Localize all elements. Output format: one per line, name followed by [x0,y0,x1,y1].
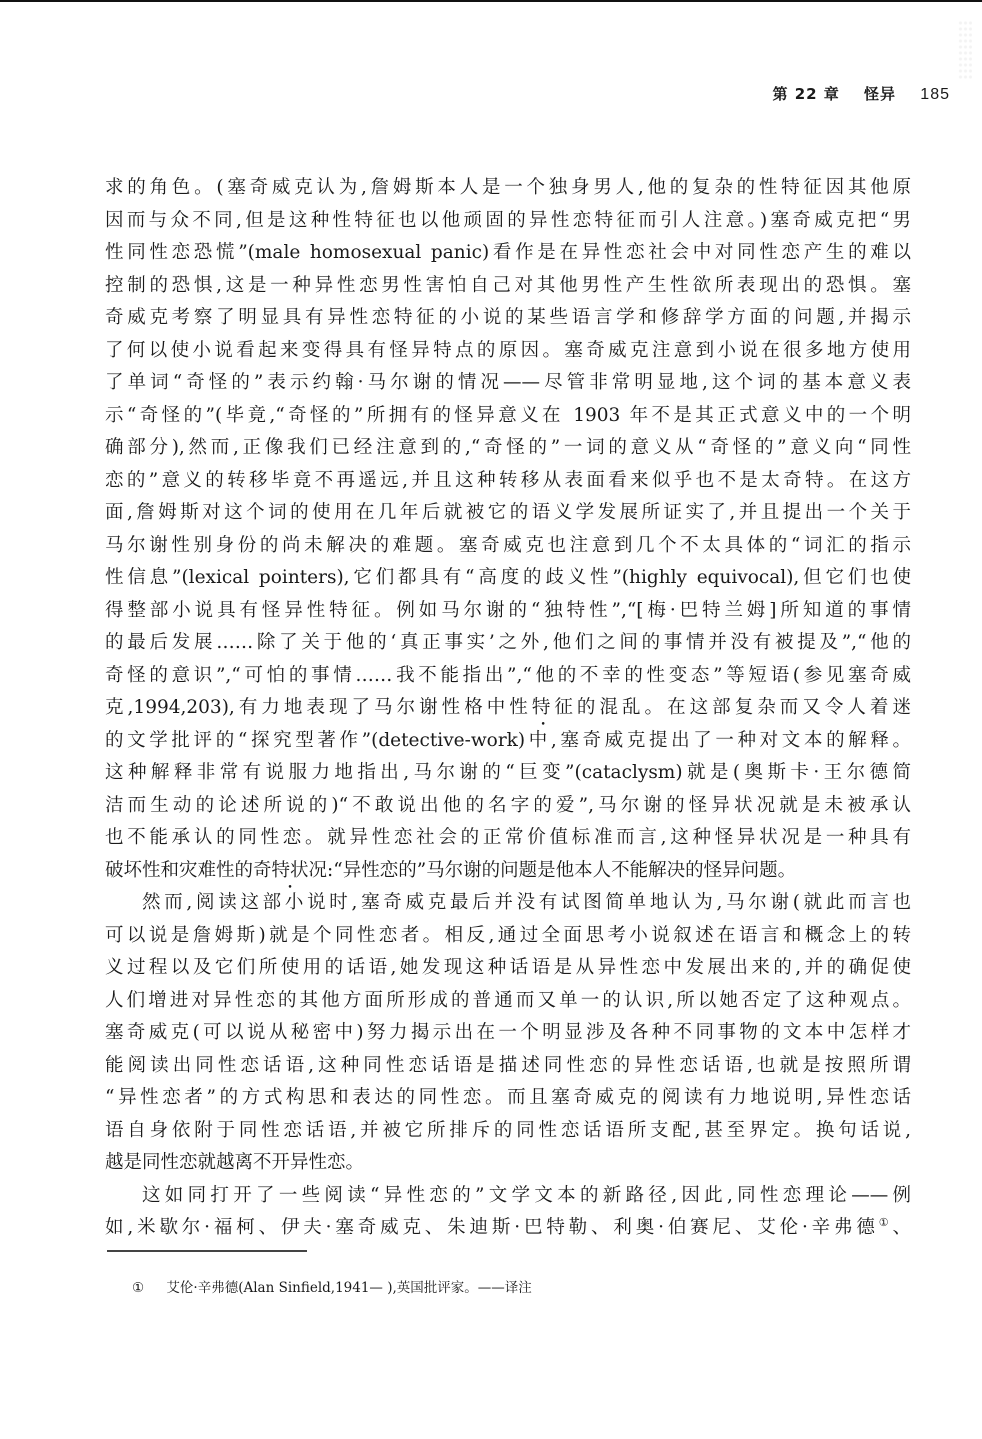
text-line: 奇威克考察了明显具有异性恋特征的小说的某些语言学和修辞学方面的问题,并揭示 [105,302,911,335]
text-line: 的最后发展……除了关于他的‘真正事实’之外,他们之间的事情并没有被提及”,“他的 [105,627,911,660]
text-line: 塞奇威克(可以说从秘密中)努力揭示出在一个明显涉及各种不同事物的文本中怎样才 [105,1017,911,1050]
chapter-label: 第 22 章 [772,85,839,103]
text-line: 人们增进对异性恋的其他方面所形成的普通而又单一的认识,所以她否定了这种观点。 [105,985,911,1018]
text-line: 求的角色。(塞奇威克认为,詹姆斯本人是一个独身男人,他的复杂的性特征因其他原 [105,172,911,205]
text-line: 能阅读出同性恋话语,这种同性恋话语是描述同性恋的异性恋话语,也就是按照所谓 [105,1050,911,1083]
text-line: 这种解释非常有说服力地指出,马尔谢的“巨变”(cataclysm)就是(奥斯卡·… [105,757,911,790]
text-line: 越是同性恋就越离不开异性恋。 [105,1147,911,1180]
footnote-divider [107,1250,307,1252]
text-line: 可以说是詹姆斯)就是个同性恋者。相反,通过全面思考小说叙述在语言和概念上的转 [105,920,911,953]
paragraph-start-line: 然而,阅读这部小说时,塞奇威克最后并没有试图简单地认为,马尔谢(就此而言也 [105,887,911,920]
text-line: 义过程以及它们所使用的话语,她发现这种话语是从异性恋中发展出来的,并的确促使 [105,952,911,985]
text-line: 得整部小说具有怪异性特征。例如马尔谢的“独特性”,“[梅·巴特兰姆]所知道的事情 [105,595,911,628]
scan-artifact [958,20,972,80]
running-header: 第 22 章 怪异 185 [772,83,950,104]
text-line: 性信息”(lexical pointers),它们都具有“高度的歧义性”(hig… [105,562,911,595]
text-line: 马尔谢性别身份的尚未解决的难题。塞奇威克也注意到几个不太具体的“词汇的指示 [105,530,911,563]
text-line: 性同性恋恐慌”(male homosexual panic)看作是在异性恋社会中… [105,237,911,270]
chapter-title: 怪异 [864,85,896,103]
text-segment: :“异性恋的”马尔谢的问题是他本人不能解决的怪异问题。 [327,860,796,881]
text-line: 恋的”意义的转移毕竟不再遥远,并且这种转移从表面看来似乎也不是太奇特。在这方 [105,465,911,498]
text-line-emphasis: 克,1994,203),有力地表现了马尔谢性格中性特征的混乱。在这部复杂而又令人… [105,692,911,725]
text-line: “异性恋者”的方式构思和表达的同性恋。而且塞奇威克的阅读有力地说明,异性恋话 [105,1082,911,1115]
text-segment: 破坏性和灾难性的 [105,860,253,881]
footnote: ① 艾伦·辛弗德(Alan Sinfield,1941— ),英国批评家。——译… [132,1276,532,1296]
emphasized-text: 奇特状况 [253,860,327,881]
text-line: 示“奇怪的”(毕竟,“奇怪的”所拥有的怪异意义在 1903 年不是其正式意义中的… [105,400,911,433]
text-line: 了何以使小说看起来变得具有怪异特点的原因。塞奇威克注意到小说在很多地方使用 [105,335,911,368]
text-line: 面,詹姆斯对这个词的使用在几年后就被它的语义学发展所证实了,并且提出一个关于 [105,497,911,530]
text-line: 控制的恐惧,这是一种异性恋男性害怕自己对其他男性产生性欲所表现出的恐惧。塞 [105,270,911,303]
text-segment: 的混乱。在这部复杂而又令人着迷 [577,697,911,718]
text-line: 确部分),然而,正像我们已经注意到的,“奇怪的”一词的意义从“奇怪的”意义向“同… [105,432,911,465]
paragraph-start-line: 这如同打开了一些阅读“异性恋的”文学文本的新路径,因此,同性恋理论——例 [105,1180,911,1213]
footnote-reference[interactable]: ① [879,1216,893,1229]
text-line: 因而与众不同,但是这种性特征也以他顽固的异性恋特征而引人注意。)塞奇威克把“男 [105,205,911,238]
text-segment: 如,米歇尔·福柯、伊夫·塞奇威克、朱迪斯·巴特勒、利奥·伯赛尼、艾伦·辛弗德 [105,1217,879,1238]
text-line-emphasis: 破坏性和灾难性的奇特状况:“异性恋的”马尔谢的问题是他本人不能解决的怪异问题。 [105,855,911,888]
text-line: 洁而生动的论述所说的)“不敢说出他的名字的爱”,马尔谢的怪异状况就是未被承认 [105,790,911,823]
footnote-marker: ① [132,1280,144,1296]
text-line: 奇怪的意识”,“可怕的事情……我不能指出”,“他的不幸的性变态”等短语(参见塞奇… [105,660,911,693]
body-text: 求的角色。(塞奇威克认为,詹姆斯本人是一个独身男人,他的复杂的性特征因其他原 因… [105,172,911,1245]
text-line: 也不能承认的同性恋。就异性恋社会的正常价值标准而言,这种怪异状况是一种具有 [105,822,911,855]
text-segment: 克,1994,203),有力地表现了马尔谢性格中 [105,697,509,718]
emphasized-text: 性特征 [509,697,577,718]
text-segment: 、 [892,1217,911,1238]
footnote-text: 艾伦·辛弗德(Alan Sinfield,1941— ),英国批评家。——译注 [166,1280,531,1296]
text-line-footnote-ref: 如,米歇尔·福柯、伊夫·塞奇威克、朱迪斯·巴特勒、利奥·伯赛尼、艾伦·辛弗德①、 [105,1212,911,1245]
text-line: 了单词“奇怪的”表示约翰·马尔谢的情况——尽管非常明显地,这个词的基本意义表 [105,367,911,400]
text-line: 语自身依附于同性恋话语,并被它所排斥的同性恋话语所支配,甚至界定。换句话说, [105,1115,911,1148]
text-line: 的文学批评的“探究型著作”(detective-work)中,塞奇威克提出了一种… [105,725,911,758]
page-number: 185 [920,86,950,103]
top-edge-rule [0,0,982,2]
